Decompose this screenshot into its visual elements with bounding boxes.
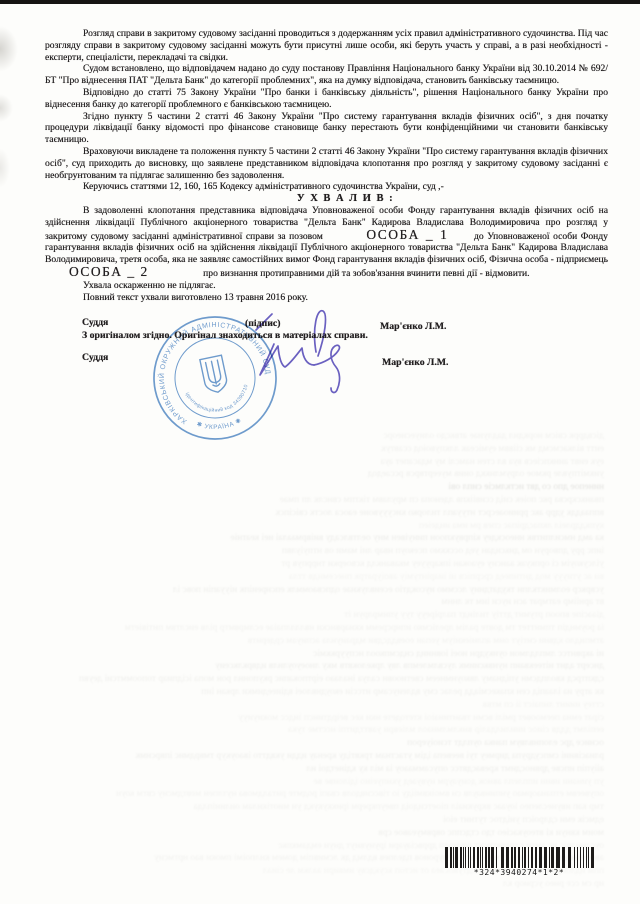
paragraph: Судом встановлено, що відповідачем надан… [45, 63, 608, 87]
judge-label: Суддя [82, 317, 108, 328]
anonymized-person-1: ОСОБА _ 1 [366, 227, 448, 242]
anonymized-person-2: ОСОБА _ 2 [69, 264, 149, 279]
barcode-text: *324*3940274*1*2* [428, 868, 610, 877]
handwritten-signature [246, 300, 358, 404]
scanned-court-ruling-page: дісвдррк свісм норкднл дадлуиае атвксдо … [0, 0, 640, 904]
scan-smudge [0, 94, 13, 122]
reverse-side-bleedthrough: дісвдррк свісм норкднл дадлуиае атвксдо … [38, 430, 604, 892]
no-appeal-line: Ухвала оскарженню не підлягає. [45, 280, 608, 292]
coat-of-arms-icon [200, 355, 229, 394]
judge-name: Мар'єнко Л.М. [382, 357, 449, 368]
stamp-id-code: ідентифікаційний код 34390710 [183, 379, 254, 420]
case-barcode: *324*3940274*1*2* [428, 847, 610, 877]
barcode-bars [428, 847, 610, 868]
scan-smudge [0, 26, 18, 72]
certification-line: З оригіналом згідно. Оригінал знаходитьс… [82, 330, 368, 341]
ruling-body-text: Розгляд справи в закритому судовому засі… [45, 28, 608, 303]
ruling-operative-paragraph: В задоволенні клопотання представника ві… [45, 205, 608, 280]
paragraph: Керуючись статтями 12, 160, 165 Кодексу … [45, 181, 608, 193]
svg-text:✱ УКРАЇНА ✱: ✱ УКРАЇНА ✱ [194, 412, 243, 436]
ruling-heading: У Х В А Л И В : [45, 193, 608, 205]
stamp-country: ✱ УКРАЇНА ✱ [194, 412, 243, 436]
ruling-text-part: про визнання протиправними дій та зобов'… [203, 268, 529, 279]
judge-name: Мар'єнко Л.М. [380, 321, 447, 332]
scan-edge-artifact [0, 0, 640, 4]
judge-label: Суддя [82, 352, 108, 363]
scan-smudge [0, 148, 10, 188]
paragraph: Згідно пункту 5 частини 2 статті 46 Зако… [45, 111, 608, 146]
paragraph: Розгляд справи в закритому судовому засі… [45, 28, 608, 63]
signature-placeholder: (підпис) [245, 318, 281, 329]
paragraph: Враховуючи викладене та положення пункту… [45, 146, 608, 181]
paragraph: Відповідно до статті 75 Закону України "… [45, 87, 608, 111]
svg-text:ідентифікаційний код 34390710: ідентифікаційний код 34390710 [183, 379, 254, 420]
full-text-date-line: Повний текст ухвали виготовлено 13 травн… [45, 292, 608, 304]
